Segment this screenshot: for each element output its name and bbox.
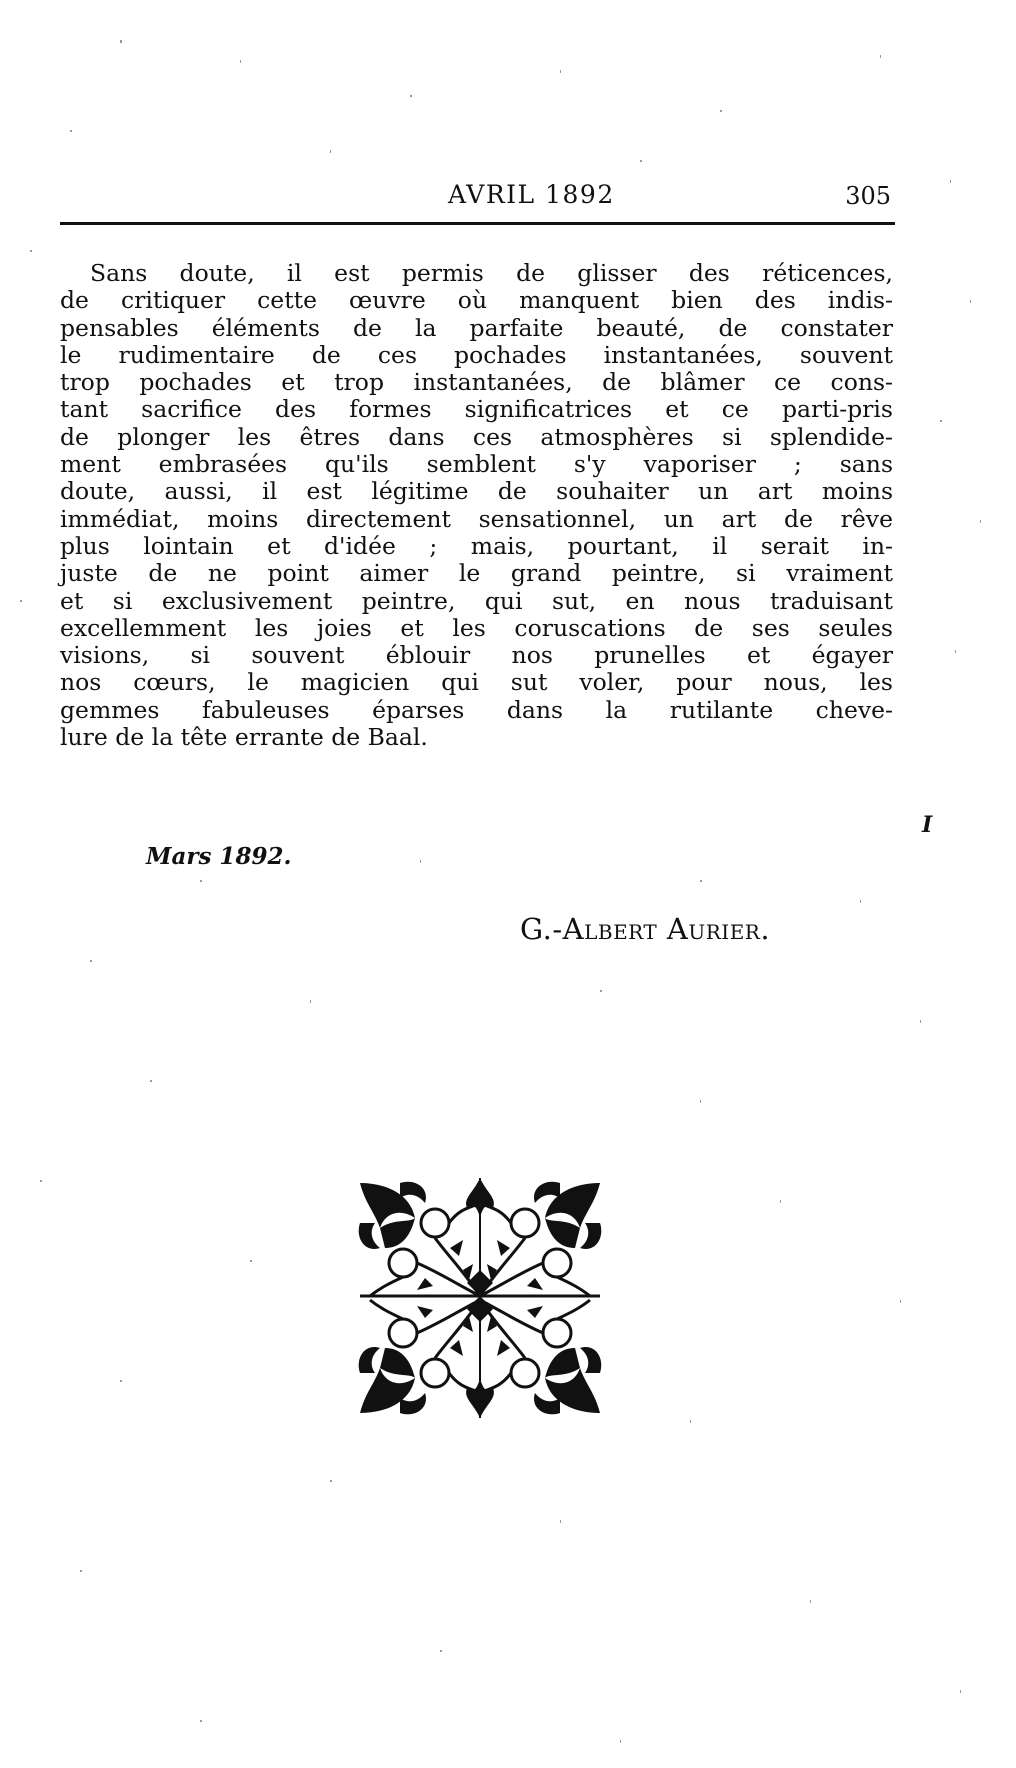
text-line: tant sacrifice des formes significatrice… <box>60 396 893 423</box>
text-line: ment embrasées qu'ils semblent s'y vapor… <box>60 451 893 478</box>
text-line: le rudimentaire de ces pochades instanta… <box>60 342 893 369</box>
dateline: Mars 1892. <box>146 843 291 870</box>
text-line: excellemment les joies et les coruscatio… <box>60 615 893 642</box>
margin-mark: I <box>922 812 932 838</box>
text-line: visions, si souvent éblouir nos prunelle… <box>60 642 893 669</box>
text-line: pensables éléments de la parfaite beauté… <box>60 315 893 342</box>
running-head: AVRIL 1892 305 <box>60 176 895 216</box>
text-line: plus lointain et d'idée ; mais, pourtant… <box>60 533 893 560</box>
text-line: lure de la tête errante de Baal. <box>60 724 893 751</box>
text-line: Sans doute, il est permis de glisser des… <box>60 260 893 287</box>
text-line: doute, aussi, il est légitime de souhait… <box>60 478 893 505</box>
text-line: de critiquer cette œuvre où manquent bie… <box>60 287 893 314</box>
text-line: juste de ne point aimer le grand peintre… <box>60 560 893 587</box>
text-line: de plonger les êtres dans ces atmosphère… <box>60 424 893 451</box>
body-paragraph: Sans doute, il est permis de glisser des… <box>60 260 893 751</box>
author-signature: G.-Albert Aurier. <box>520 912 770 946</box>
text-line: trop pochades et trop instantanées, de b… <box>60 369 893 396</box>
header-rule <box>60 222 895 225</box>
running-title: AVRIL 1892 <box>448 180 615 209</box>
text-line: gemmes fabuleuses éparses dans la rutila… <box>60 697 893 724</box>
text-line: et si exclusivement peintre, qui sut, en… <box>60 588 893 615</box>
text-line: immédiat, moins directement sensationnel… <box>60 506 893 533</box>
fleur-de-lis-ornament-icon <box>355 1178 605 1418</box>
page-number: 305 <box>845 182 891 210</box>
text-line: nos cœurs, le magicien qui sut voler, po… <box>60 669 893 696</box>
